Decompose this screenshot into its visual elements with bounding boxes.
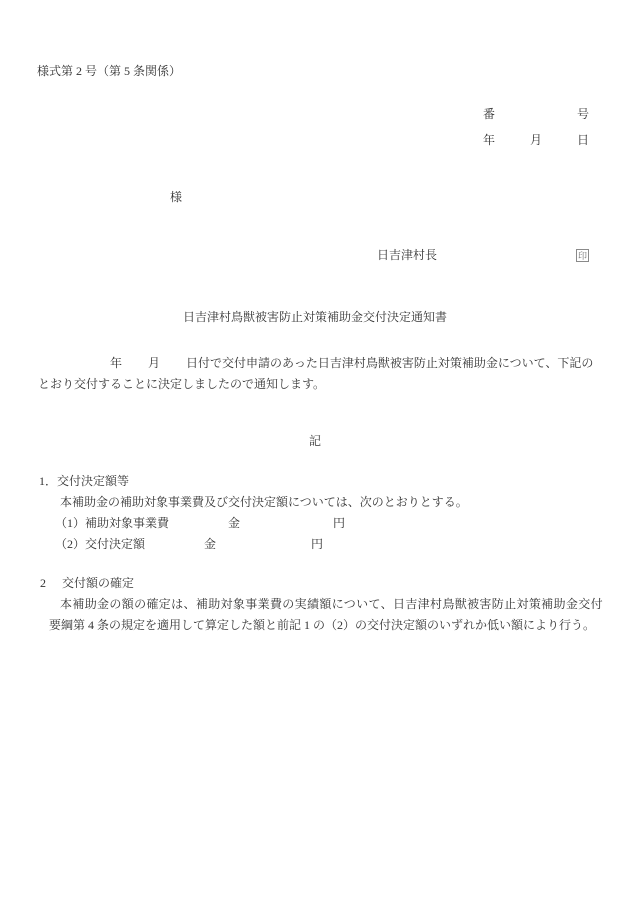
date-year-label: 年 [483,133,495,147]
doc-number-unit: 号 [577,107,589,121]
section1-item1: （1）補助対象事業費 金 円 [0,516,630,530]
body-date-month: 月 [148,356,160,370]
body-date-year: 年 [110,356,122,370]
section2-body-line1: 本補助金の額の確定は、補助対象事業費の実績額について、日吉津村鳥獣被害防止対策補… [60,597,603,611]
date-month-label: 月 [530,133,542,147]
section2-heading-row: 2 交付額の確定 [0,576,630,590]
item1-label: （1）補助対象事業費 [55,516,169,530]
section1-intro: 本補助金の補助対象事業費及び交付決定額については、次のとおりとする。 [60,495,468,509]
item2-label: （2）交付決定額 [55,537,145,551]
item1-currency-prefix: 金 [228,516,240,530]
document-page: 様式第 2 号（第 5 条関係） 番 号 年 月 日 様 日吉津村長 印 日吉津… [0,0,630,915]
sender-name: 日吉津村長 [377,248,437,262]
addressee-suffix: 様 [170,190,182,204]
section1-heading: 1．交付決定額等 [39,474,129,488]
seal-mark-icon: 印 [576,249,589,262]
document-title: 日吉津村鳥獣被害防止対策補助金交付決定通知書 [0,310,630,324]
section2-heading: 交付額の確定 [62,576,134,590]
item1-currency-suffix: 円 [333,516,345,530]
item2-currency-prefix: 金 [204,537,216,551]
doc-number-label: 番 [483,107,495,121]
section2-body-line2: 要綱第 4 条の規定を適用して算定した額と前記 1 の（2）の交付決定額のいずれ… [49,618,595,632]
item2-currency-suffix: 円 [311,537,323,551]
body-line1-text: 日付で交付申請のあった日吉津村鳥獣被害防止対策補助金について、下記の [186,356,593,370]
body-line1: 年 月 日付で交付申請のあった日吉津村鳥獣被害防止対策補助金について、下記の [0,356,630,370]
section2-number: 2 [40,576,46,590]
section1-item2: （2）交付決定額 金 円 [0,537,630,551]
date-day-label: 日 [577,133,589,147]
form-number: 様式第 2 号（第 5 条関係） [37,64,181,78]
body-line2: とおり交付することに決定しましたので通知します。 [38,377,325,391]
ki-marker: 記 [0,434,630,448]
